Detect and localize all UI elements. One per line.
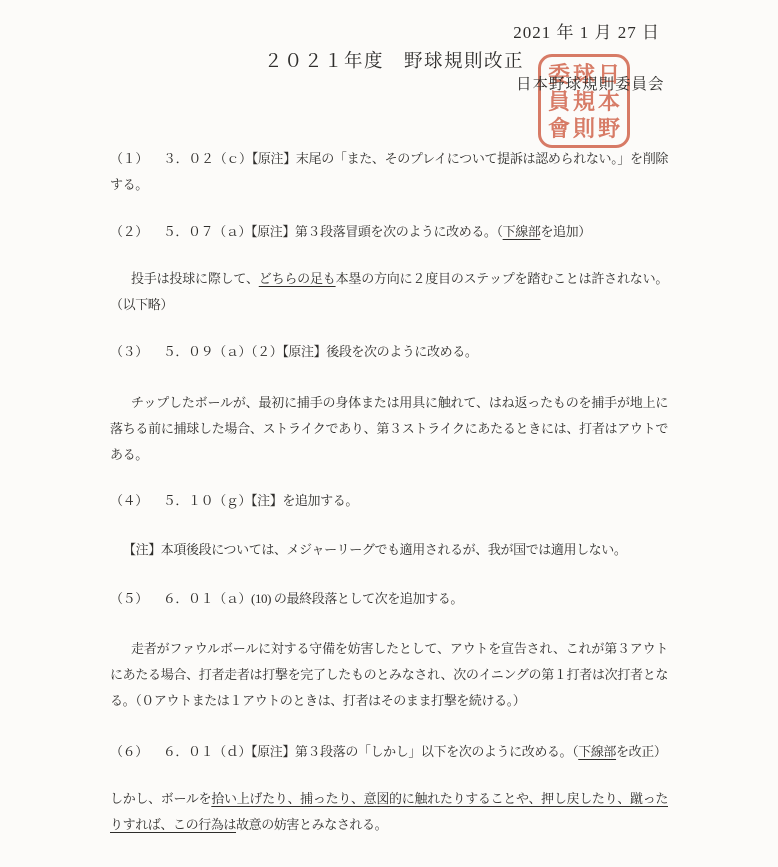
item-heading: ６．０１（ｄ）【原注】第３段落の「しかし」以下を次のように改める。（下線部を改正…: [163, 744, 667, 759]
rule-item-3: （３）５．０９（ａ）（２）【原注】後段を次のように改める。: [110, 339, 668, 365]
rule-item-5: （５）６．０１（ａ）(10) の最終段落として次を追加する。: [110, 586, 668, 612]
scanned-document-page: 2021 年 1 月 27 日 ２０２１年度 野球規則改正 日本野 球規則 委員…: [0, 0, 778, 867]
seal-column: 日本野: [597, 61, 621, 142]
item-heading: ５．０９（ａ）（２）【原注】後段を次のように改める。: [163, 344, 478, 359]
rule-item-1: （１）３．０２（ｃ）【原注】末尾の「また、そのプレイについて提訴は認められない。…: [110, 146, 668, 198]
item-number: （３）: [110, 344, 148, 359]
rule-item-2-paragraph: 投手は投球に際して、どちらの足も本塁の方向に２度目のステップを踏むことは許されな…: [110, 266, 668, 318]
item-number: （６）: [110, 744, 148, 759]
seal-column: 球規則: [572, 61, 596, 142]
item-heading: ３．０２（ｃ）【原注】末尾の「また、そのプレイについて提訴は認められない。」を削…: [110, 151, 668, 192]
rule-item-4: （４）５．１０（ｇ）【注】を追加する。: [110, 488, 668, 514]
item-heading: ５．０７（ａ）【原注】第３段落冒頭を次のように改める。（下線部を追加）: [163, 224, 591, 239]
item-heading: ６．０１（ａ）(10) の最終段落として次を追加する。: [163, 591, 463, 606]
document-date: 2021 年 1 月 27 日: [400, 23, 660, 43]
rule-item-4-note: 【注】本項後段については、メジャーリーグでも適用されるが、我が国では適用しない。: [110, 537, 668, 563]
item-heading: ５．１０（ｇ）【注】を追加する。: [163, 493, 358, 508]
seal-column: 委員會: [547, 61, 571, 142]
document-title: ２０２１年度 野球規則改正: [0, 50, 778, 74]
rule-item-6-paragraph: しかし、ボールを拾い上げたり、捕ったり、意図的に触れたりすることや、押し戻したり…: [110, 786, 668, 838]
rule-item-6: （６）６．０１（ｄ）【原注】第３段落の「しかし」以下を次のように改める。（下線部…: [110, 739, 668, 765]
official-seal: 日本野 球規則 委員會: [538, 54, 630, 148]
rule-item-3-paragraph: チップしたボールが、最初に捕手の身体または用具に触れて、はね返ったものを捕手が地…: [110, 390, 668, 468]
rule-item-5-paragraph: 走者がファウルボールに対する守備を妨害したとして、アウトを宣告され、これが第３ア…: [110, 636, 668, 714]
item-number: （５）: [110, 591, 148, 606]
item-number: （４）: [110, 493, 148, 508]
item-number: （２）: [110, 224, 148, 239]
organization-name: 日本野球規則委員会: [516, 74, 665, 96]
rule-item-2: （２）５．０７（ａ）【原注】第３段落冒頭を次のように改める。（下線部を追加）: [110, 219, 668, 245]
item-number: （１）: [110, 151, 148, 166]
